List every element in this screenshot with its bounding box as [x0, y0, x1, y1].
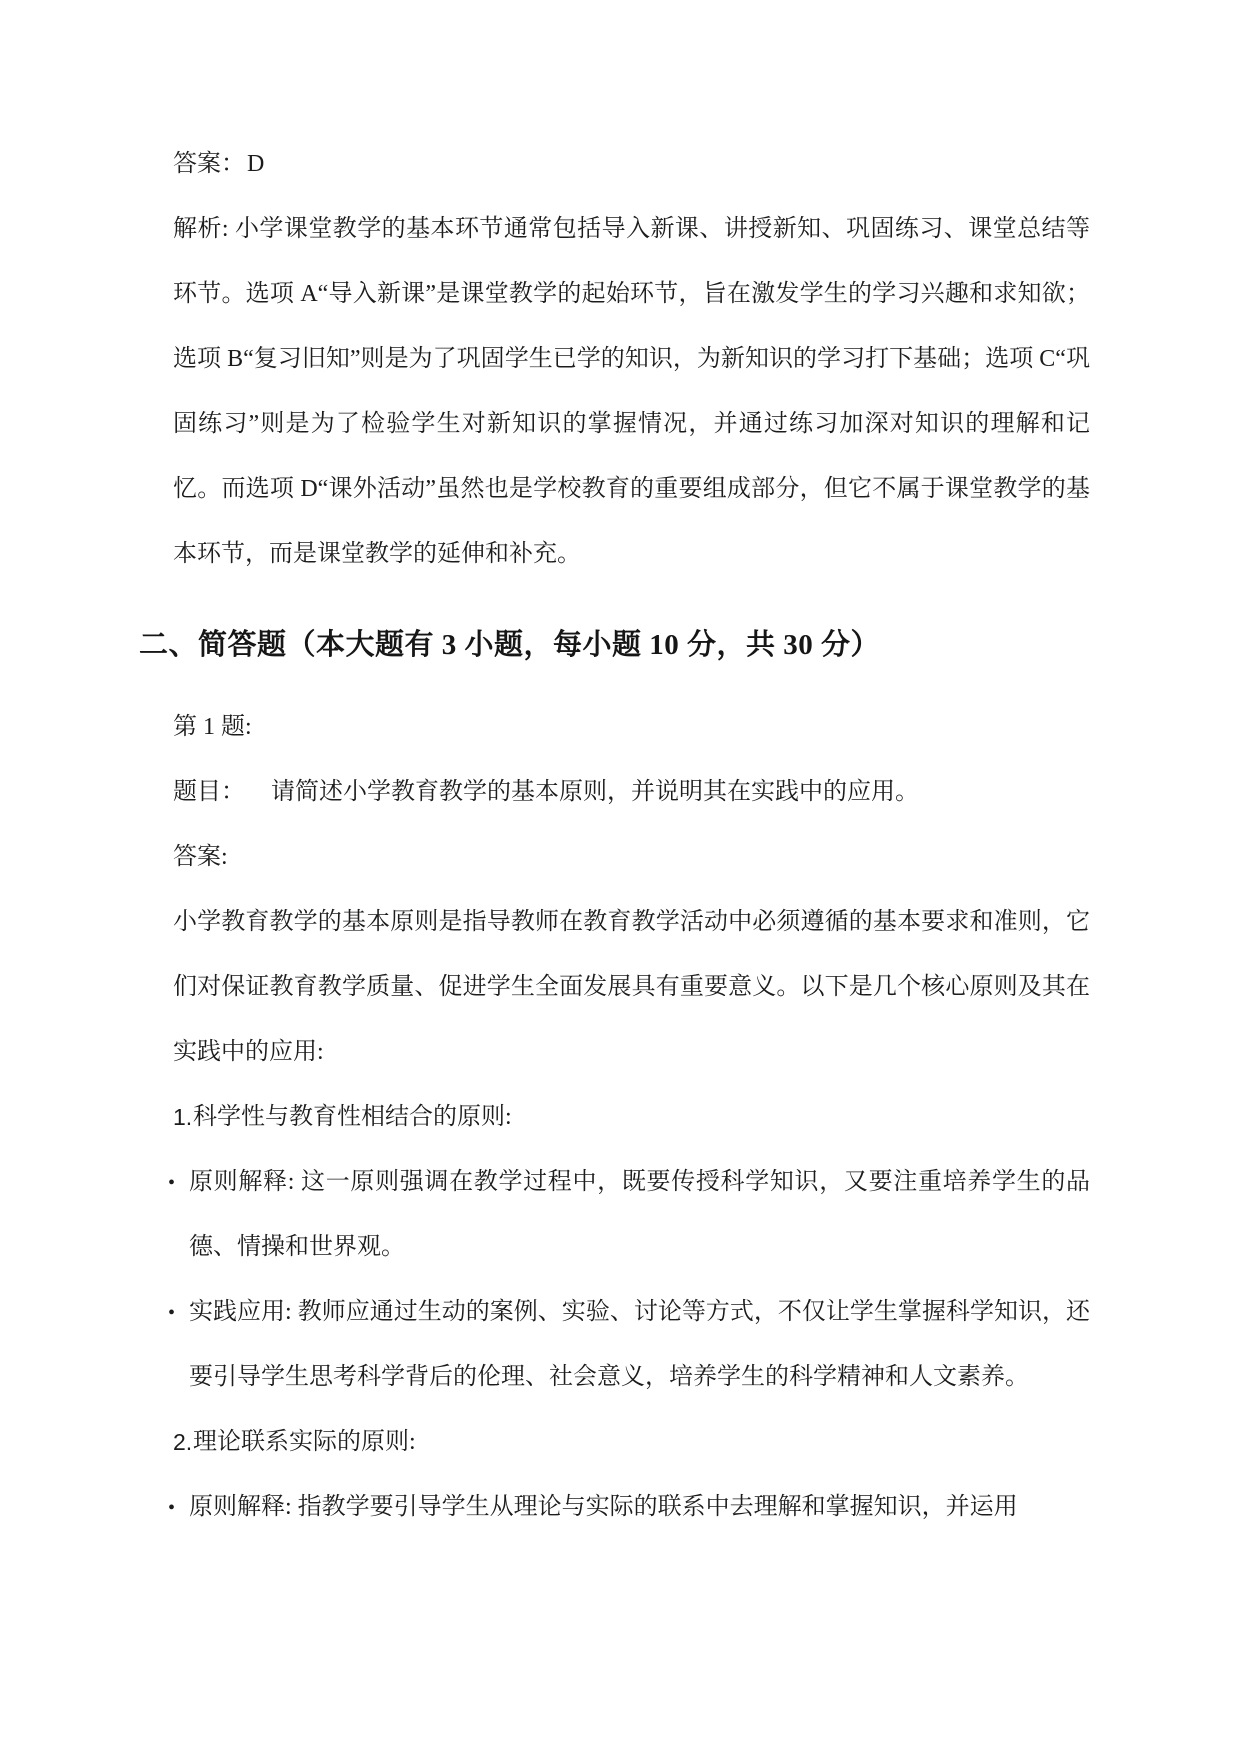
principle-1-title: 科学性与教育性相结合的原则:	[193, 1104, 512, 1130]
question-text: 请简述小学教育教学的基本原则，并说明其在实践中的应用。	[271, 779, 919, 805]
bullet-text: 实践应用: 教师应通过生动的案例、实验、讨论等方式，不仅让学生掌握科学知识，还要…	[189, 1299, 1090, 1390]
answer-section-label: 答案:	[173, 825, 1090, 890]
answer-intro-paragraph: 小学教育教学的基本原则是指导教师在教育教学活动中必须遵循的基本要求和准则，它们对…	[173, 890, 1090, 1085]
analysis-paragraph: 解析: 小学课堂教学的基本环节通常包括导入新课、讲授新知、巩固练习、课堂总结等环…	[173, 197, 1090, 587]
answer-value: D	[247, 151, 264, 177]
answer-line: 答案：D	[173, 132, 1090, 197]
bullet-text: 原则解释: 这一原则强调在教学过程中，既要传授科学知识，又要注重培养学生的品德、…	[189, 1169, 1090, 1260]
principle-1-heading: 1. 科学性与教育性相结合的原则:	[139, 1085, 1090, 1150]
principle-1-number: 1.	[173, 1085, 192, 1150]
bullet-icon: •	[168, 1476, 175, 1541]
principle-2-bullet-1: • 原则解释: 指教学要引导学生从理论与实际的联系中去理解和掌握知识，并运用	[139, 1475, 1090, 1540]
principle-1-bullet-1: • 原则解释: 这一原则强调在教学过程中，既要传授科学知识，又要注重培养学生的品…	[139, 1150, 1090, 1280]
section-heading: 二、简答题（本大题有 3 小题，每小题 10 分，共 30 分）	[139, 609, 1090, 681]
principle-2-title: 理论联系实际的原则:	[193, 1429, 416, 1455]
question-line: 题目：请简述小学教育教学的基本原则，并说明其在实践中的应用。	[173, 760, 1090, 825]
document-page: 答案：D 解析: 小学课堂教学的基本环节通常包括导入新课、讲授新知、巩固练习、课…	[0, 0, 1241, 1754]
answer-label: 答案：	[173, 151, 245, 177]
bullet-icon: •	[168, 1281, 175, 1346]
principle-1-bullet-2: • 实践应用: 教师应通过生动的案例、实验、讨论等方式，不仅让学生掌握科学知识，…	[139, 1280, 1090, 1410]
bullet-icon: •	[168, 1151, 175, 1216]
principle-2-number: 2.	[173, 1410, 192, 1475]
question-label: 题目：	[173, 779, 245, 805]
principle-2-heading: 2. 理论联系实际的原则:	[139, 1410, 1090, 1475]
bullet-text: 原则解释: 指教学要引导学生从理论与实际的联系中去理解和掌握知识，并运用	[189, 1494, 1018, 1520]
question-number-line: 第 1 题:	[173, 695, 1090, 760]
